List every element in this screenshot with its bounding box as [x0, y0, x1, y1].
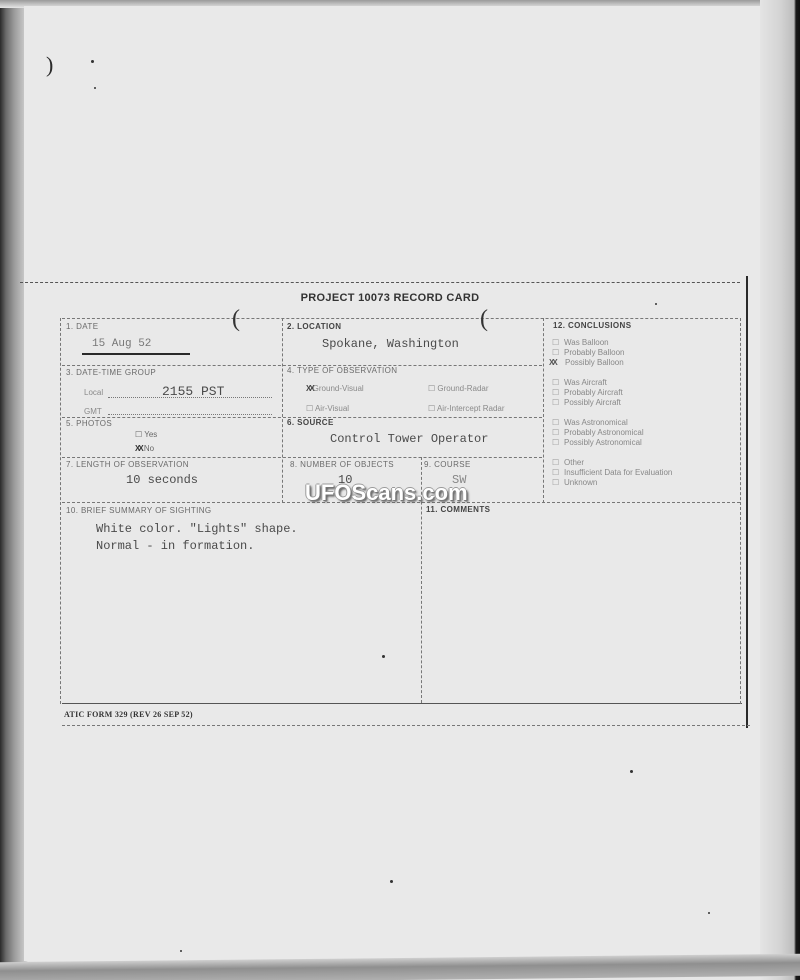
date-time-group-label: 3. DATE-TIME GROUP	[66, 368, 156, 377]
stray-mark: )	[46, 52, 53, 78]
card-top-border	[20, 282, 740, 283]
speck	[630, 770, 633, 773]
observation-option-air-visual: ☐ Air-Visual	[306, 404, 349, 413]
checkbox-checked-icon: XX	[306, 384, 313, 393]
brief-summary-label: 10. BRIEF SUMMARY OF SIGHTING	[66, 506, 212, 515]
checkbox-icon: ☐	[552, 478, 564, 487]
photos-option-yes: ☐ Yes	[135, 430, 157, 439]
summary-line-1: White color. "Lights" shape.	[96, 522, 298, 536]
conclusion-probably-aircraft: ☐Probably Aircraft	[552, 388, 623, 397]
checkbox-icon: ☐	[552, 418, 564, 427]
punch-mark: (	[232, 306, 240, 333]
date-underline	[82, 353, 190, 355]
scan-right-edge-shadow	[760, 0, 800, 980]
speck	[390, 880, 393, 883]
conclusion-was-astronomical: ☐Was Astronomical	[552, 418, 628, 427]
col-divider	[282, 318, 283, 503]
row-divider	[62, 457, 542, 458]
watermark: UFOScans.com	[305, 480, 468, 506]
conclusions-label: 12. CONCLUSIONS	[553, 321, 631, 330]
observation-option-ground-radar: ☐ Ground-Radar	[428, 384, 489, 393]
conclusion-other: ☐Other	[552, 458, 584, 467]
checkbox-icon: ☐	[552, 398, 564, 407]
conclusion-was-balloon: ☐Was Balloon	[552, 338, 609, 347]
checkbox-icon: ☐	[428, 404, 435, 413]
summary-line-2: Normal - in formation.	[96, 539, 254, 553]
checkbox-icon: ☐	[552, 468, 564, 477]
card-left-border	[60, 318, 61, 704]
form-number: ATIC FORM 329 (REV 26 SEP 52)	[64, 710, 193, 719]
speck	[94, 87, 96, 89]
length-of-observation-label: 7. LENGTH OF OBSERVATION	[66, 460, 189, 469]
col-divider	[543, 318, 544, 503]
conclusion-unknown: ☐Unknown	[552, 478, 597, 487]
conclusion-probably-astronomical: ☐Probably Astronomical	[552, 428, 644, 437]
checkbox-icon: ☐	[552, 458, 564, 467]
checkbox-icon: ☐	[552, 428, 564, 437]
conclusion-insufficient-data: ☐Insufficient Data for Evaluation	[552, 468, 672, 477]
comments-label: 11. COMMENTS	[426, 505, 490, 514]
card-title: PROJECT 10073 RECORD CARD	[250, 292, 530, 304]
conclusion-possibly-balloon: XXPossibly Balloon	[549, 358, 624, 367]
photos-option-no: XX No	[135, 444, 154, 453]
conclusion-possibly-aircraft: ☐Possibly Aircraft	[552, 398, 621, 407]
card-outer-bottom	[62, 725, 750, 726]
checkbox-icon: ☐	[552, 348, 564, 357]
checkbox-icon: ☐	[306, 404, 313, 413]
photos-label: 5. PHOTOS	[66, 419, 112, 428]
local-label: Local	[84, 388, 103, 397]
speck	[655, 303, 657, 305]
source-value: Control Tower Operator	[330, 432, 488, 446]
local-underline	[108, 397, 272, 398]
gmt-label: GMT	[84, 407, 102, 416]
speck	[180, 950, 182, 952]
observation-option-air-intercept-radar: ☐ Air-Intercept Radar	[428, 404, 505, 413]
checkbox-icon: ☐	[135, 430, 142, 439]
punch-mark: (	[480, 306, 488, 333]
date-value: 15 Aug 52	[92, 338, 151, 350]
checkbox-icon: ☐	[552, 338, 564, 347]
gmt-underline	[108, 414, 272, 415]
speck	[708, 912, 710, 914]
course-label: 9. COURSE	[424, 460, 471, 469]
card-inner-right-border	[740, 318, 741, 704]
type-of-observation-label: 4. TYPE OF OBSERVATION	[287, 366, 397, 375]
checkbox-icon: ☐	[552, 378, 564, 387]
speck	[382, 655, 385, 658]
observation-option-ground-visual: XXGround-Visual	[306, 384, 364, 393]
speck	[91, 60, 94, 63]
location-label: 2. LOCATION	[287, 322, 341, 331]
conclusion-possibly-astronomical: ☐Possibly Astronomical	[552, 438, 642, 447]
source-label: 6. SOURCE	[287, 418, 334, 427]
number-of-objects-label: 8. NUMBER OF OBJECTS	[290, 460, 394, 469]
card-right-border	[746, 276, 748, 728]
location-value: Spokane, Washington	[322, 337, 459, 351]
conclusion-was-aircraft: ☐Was Aircraft	[552, 378, 607, 387]
checkbox-checked-icon: XX	[549, 358, 565, 367]
checkbox-icon: ☐	[552, 438, 564, 447]
length-of-observation-value: 10 seconds	[126, 473, 198, 487]
checkbox-icon: ☐	[428, 384, 435, 393]
date-label: 1. DATE	[66, 322, 98, 331]
checkbox-checked-icon: XX	[135, 444, 142, 453]
checkbox-icon: ☐	[552, 388, 564, 397]
card-bottom-border	[62, 703, 742, 704]
conclusion-probably-balloon: ☐Probably Balloon	[552, 348, 624, 357]
row-divider	[62, 318, 738, 319]
